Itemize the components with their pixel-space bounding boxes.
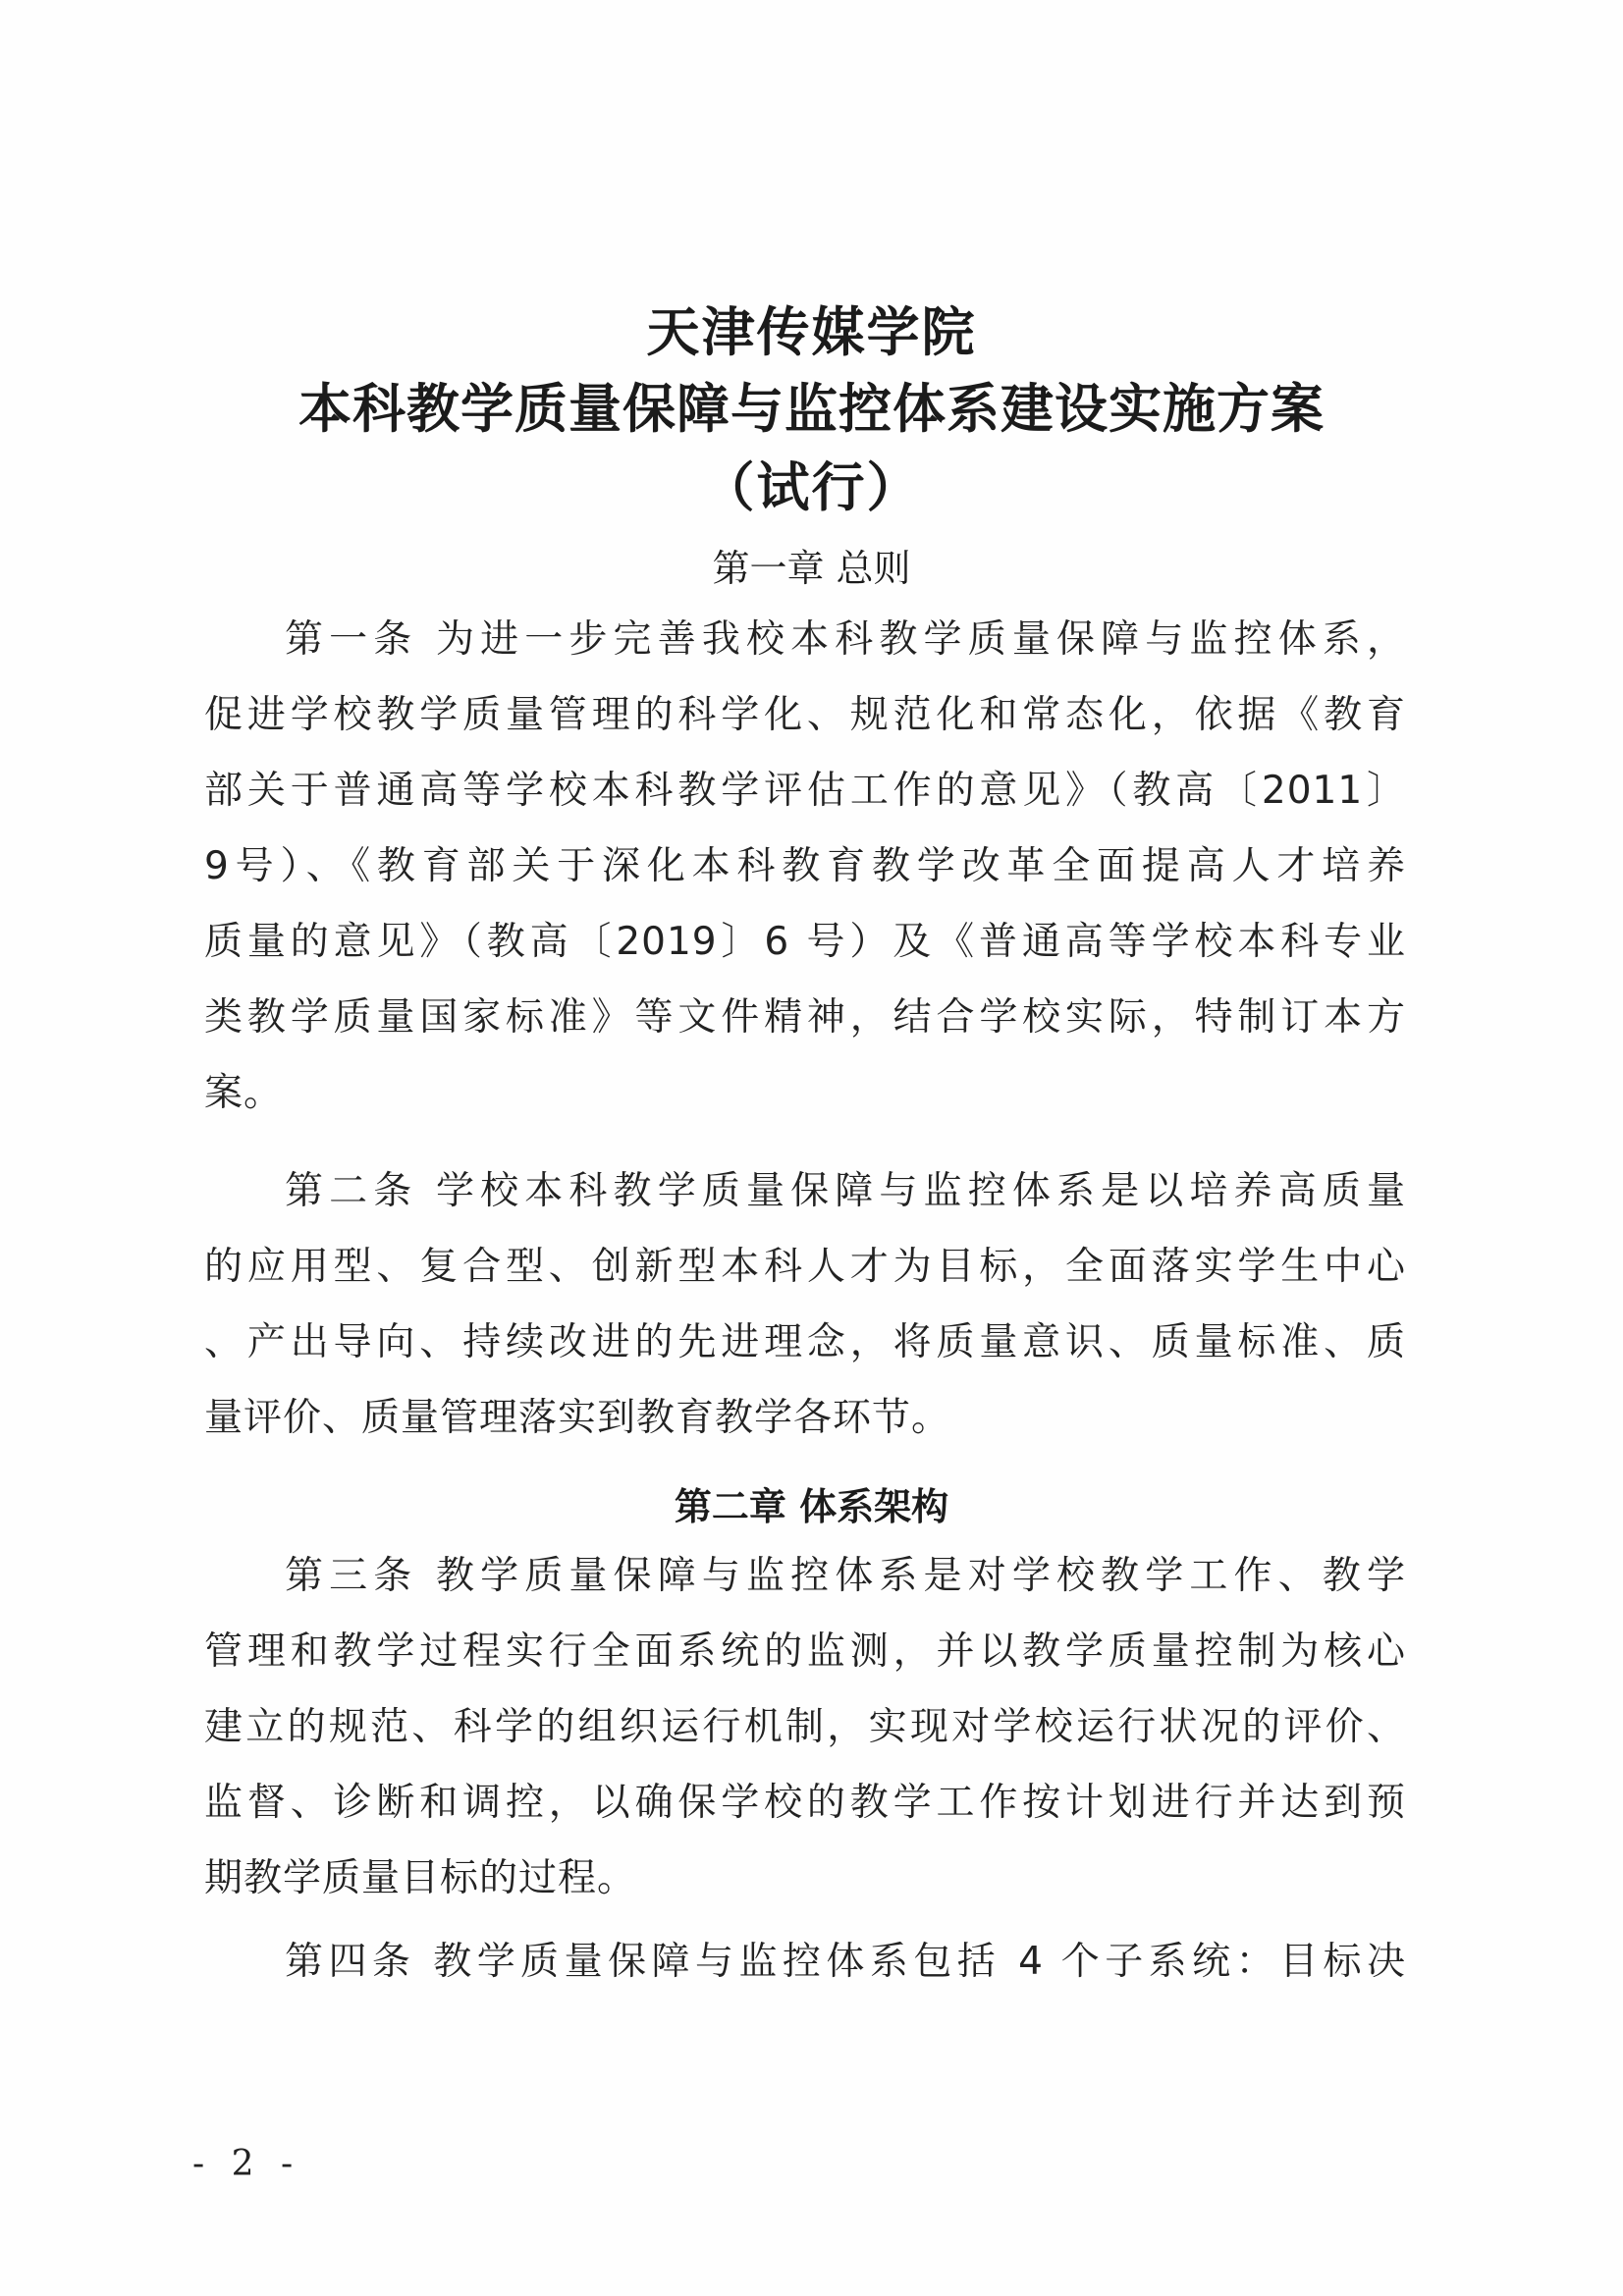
document-page: 天津传媒学院 本科教学质量保障与监控体系建设实施方案 （试行） 第一章 总则 第… xyxy=(0,0,1623,2296)
paragraph-line: 类教学质量国家标准》等文件精神，结合学校实际，特制订本方 xyxy=(204,994,1406,1041)
paragraph-line: 促进学校教学质量管理的科学化、规范化和常态化，依据《教育 xyxy=(204,692,1406,739)
page-number: - 2 - xyxy=(192,2144,300,2184)
paragraph-line: 管理和教学过程实行全面系统的监测，并以教学质量控制为核心 xyxy=(204,1629,1406,1676)
paragraph-line: 第四条 教学质量保障与监控体系包括 4 个子系统：目标决 xyxy=(285,1939,1406,1986)
paragraph-line: 建立的规范、科学的组织运行机制，实现对学校运行状况的评价、 xyxy=(204,1704,1406,1751)
paragraph-line: 部关于普通高等学校本科教学评估工作的意见》（教高〔2011〕 xyxy=(204,768,1406,815)
paragraph-line: 的应用型、复合型、创新型本科人才为目标，全面落实学生中心 xyxy=(204,1244,1406,1291)
document-title-trial: （试行） xyxy=(0,446,1623,521)
paragraph-line: 第三条 教学质量保障与监控体系是对学校教学工作、教学 xyxy=(285,1553,1406,1600)
paragraph-line: 量评价、质量管理落实到教育教学各环节。 xyxy=(204,1395,1406,1442)
paragraph-line: 9号）、《教育部关于深化本科教育教学改革全面提高人才培养 xyxy=(204,843,1406,890)
paragraph-line: 监督、诊断和调控，以确保学校的教学工作按计划进行并达到预 xyxy=(204,1780,1406,1827)
document-title-institution: 天津传媒学院 xyxy=(0,291,1623,366)
paragraph-line: 、产出导向、持续改进的先进理念，将质量意识、质量标准、质 xyxy=(204,1319,1406,1366)
paragraph-line: 第二条 学校本科教学质量保障与监控体系是以培养高质量 xyxy=(285,1168,1406,1215)
document-title-main: 本科教学质量保障与监控体系建设实施方案 xyxy=(0,367,1623,443)
chapter-heading-1: 第一章 总则 xyxy=(0,538,1623,592)
chapter-heading-2: 第二章 体系架构 xyxy=(0,1476,1623,1530)
paragraph-line: 质量的意见》（教高〔2019〕6 号）及《普通高等学校本科专业 xyxy=(204,919,1406,966)
paragraph-line: 案。 xyxy=(204,1070,1406,1117)
paragraph-line: 第一条 为进一步完善我校本科教学质量保障与监控体系， xyxy=(285,616,1406,664)
paragraph-line: 期教学质量目标的过程。 xyxy=(204,1855,1406,1902)
